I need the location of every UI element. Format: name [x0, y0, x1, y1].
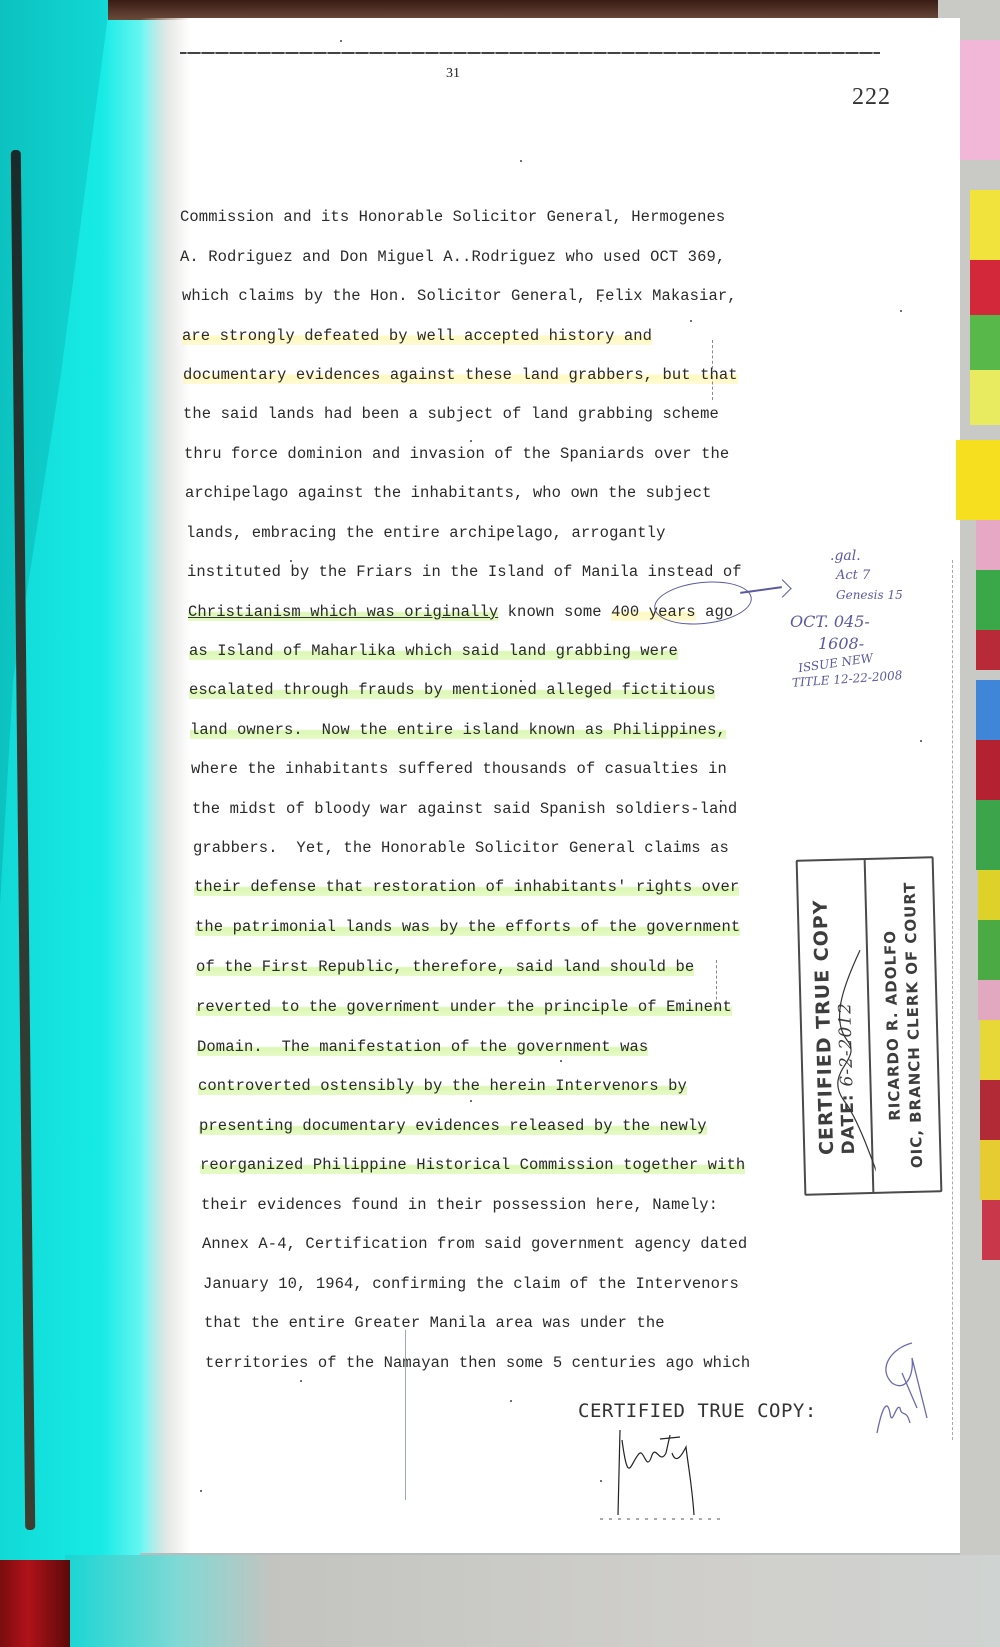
scan-speckle: [470, 440, 472, 442]
scan-artifact-line: [952, 560, 953, 1440]
page-number-large: 222: [852, 84, 891, 111]
index-tab[interactable]: [970, 190, 1000, 260]
margin-note: OCT. 045-: [790, 612, 870, 631]
margin-note: .gal.: [830, 548, 861, 564]
text-span: archipelago against the inhabitants, who…: [185, 484, 711, 502]
scan-top-edge: [108, 0, 938, 20]
index-tab[interactable]: [970, 370, 1000, 425]
scan-artifact-line: [405, 1330, 406, 1500]
body-text-line: Commission and its Honorable Solicitor G…: [180, 208, 725, 226]
body-text-line: where the inhabitants suffered thousands…: [191, 760, 727, 778]
body-text-line: their defense that restoration of inhabi…: [194, 878, 739, 896]
scan-speckle: [290, 560, 292, 562]
scan-speckle: [520, 680, 522, 682]
text-span: known some: [498, 603, 611, 621]
text-span: instituted by the Friars in the Island o…: [187, 563, 742, 581]
text-span: reverted to the government under the pri…: [196, 998, 732, 1016]
scanner-bed-bottom: [65, 1555, 1000, 1647]
text-span: their evidences found in their possessio…: [201, 1196, 718, 1214]
body-text-line: presenting documentary evidences release…: [199, 1117, 707, 1135]
body-text-line: Christianism which was originally known …: [188, 603, 733, 621]
underlined-phrase: Christianism which was originally: [188, 603, 498, 621]
header-rule: [180, 52, 880, 54]
text-span: the patrimonial lands was by the efforts…: [195, 918, 740, 936]
body-text-line: as Island of Maharlika which said land g…: [189, 642, 678, 660]
index-tab[interactable]: [976, 630, 1000, 670]
body-text-line: archipelago against the inhabitants, who…: [185, 484, 711, 502]
text-span: controverted ostensibly by the herein In…: [198, 1077, 687, 1095]
text-span: their defense that restoration of inhabi…: [194, 878, 739, 896]
scan-speckle: [920, 740, 922, 742]
scan-speckle: [600, 1480, 602, 1482]
body-text-line: documentary evidences against these land…: [183, 366, 738, 384]
text-span: territories of the Namayan then some 5 c…: [205, 1354, 750, 1372]
index-tab[interactable]: [978, 920, 1000, 980]
body-text-line: territories of the Namayan then some 5 c…: [205, 1354, 750, 1372]
index-tab[interactable]: [976, 740, 1000, 800]
index-tab[interactable]: [976, 520, 1000, 570]
body-text-line: land owners. Now the entire island known…: [190, 721, 726, 739]
index-tab[interactable]: [956, 440, 1000, 520]
body-text-line: reorganized Philippine Historical Commis…: [200, 1156, 745, 1174]
scan-speckle: [860, 90, 862, 92]
body-text-line: their evidences found in their possessio…: [201, 1196, 718, 1214]
text-span: grabbers. Yet, the Honorable Solicitor G…: [193, 839, 729, 857]
index-tab[interactable]: [976, 800, 1000, 870]
index-tab[interactable]: [978, 980, 1000, 1020]
text-span: escalated through frauds by mentioned al…: [189, 681, 715, 699]
index-tab[interactable]: [970, 315, 1000, 370]
initials-signature: [872, 1338, 932, 1438]
margin-note: Genesis 15: [836, 588, 903, 602]
body-text-line: Annex A-4, Certification from said gover…: [202, 1235, 747, 1253]
body-text-line: escalated through frauds by mentioned al…: [189, 681, 715, 699]
text-span: A. Rodriguez and Don Miguel A..Rodriguez…: [180, 248, 725, 266]
scan-speckle: [300, 1380, 302, 1382]
body-text-line: instituted by the Friars in the Island o…: [187, 563, 742, 581]
body-text-line: controverted ostensibly by the herein In…: [198, 1077, 687, 1095]
body-text-line: January 10, 1964, confirming the claim o…: [203, 1275, 739, 1293]
scan-speckle: [520, 160, 522, 162]
index-tab[interactable]: [980, 1080, 1000, 1140]
scan-speckle: [340, 40, 342, 42]
scan-speckle: [560, 1060, 562, 1062]
index-tabs: [952, 40, 1000, 1490]
text-span: Annex A-4, Certification from said gover…: [202, 1235, 747, 1253]
scan-speckle: [400, 1000, 402, 1002]
text-span: Domain. The manifestation of the governm…: [197, 1038, 648, 1056]
margin-note: Act 7: [836, 568, 870, 583]
body-text-line: are strongly defeated by well accepted h…: [182, 327, 652, 345]
stamp-signature: [810, 930, 877, 1211]
index-tab[interactable]: [980, 1140, 1000, 1200]
scan-artifact-line: [716, 960, 717, 1010]
index-tab[interactable]: [976, 680, 1000, 740]
body-text-line: of the First Republic, therefore, said l…: [196, 958, 694, 976]
body-text-line: Domain. The manifestation of the governm…: [197, 1038, 648, 1056]
scan-speckle: [900, 310, 902, 312]
body-text-line: thru force dominion and invasion of the …: [184, 445, 729, 463]
index-tab[interactable]: [982, 1200, 1000, 1260]
body-text-line: reverted to the government under the pri…: [196, 998, 732, 1016]
scan-speckle: [720, 800, 722, 802]
text-span: are strongly defeated by well accepted h…: [182, 327, 652, 345]
scan-speckle: [690, 320, 692, 322]
index-tab[interactable]: [980, 1020, 1000, 1080]
scan-speckle: [470, 1100, 472, 1102]
index-tab[interactable]: [970, 260, 1000, 315]
stamp-right-panel: RICARDO R. ADOLFO OIC, BRANCH CLERK OF C…: [866, 858, 941, 1192]
text-span: where the inhabitants suffered thousands…: [191, 760, 727, 778]
scan-speckle: [600, 300, 602, 302]
body-text-line: that the entire Greater Manila area was …: [204, 1314, 665, 1332]
body-text-line: lands, embracing the entire archipelago,…: [186, 524, 665, 542]
certification-stamp: CERTIFIED TRUE COPY DATE: 6-2-2012 RICAR…: [796, 856, 943, 1195]
body-text-line: grabbers. Yet, the Honorable Solicitor G…: [193, 839, 729, 857]
text-span: the said lands had been a subject of lan…: [183, 405, 719, 423]
text-span: thru force dominion and invasion of the …: [184, 445, 729, 463]
body-text-line: the midst of bloody war against said Spa…: [192, 800, 737, 818]
body-text-line: the patrimonial lands was by the efforts…: [195, 918, 740, 936]
index-tab[interactable]: [976, 570, 1000, 630]
index-tab[interactable]: [960, 40, 1000, 160]
scan-speckle: [510, 1400, 512, 1402]
binder-cover-edge: [0, 1560, 70, 1647]
margin-note: 1608-: [818, 634, 864, 653]
text-span: of the First Republic, therefore, said l…: [196, 958, 694, 976]
scan-speckle: [200, 1490, 202, 1492]
text-span: lands, embracing the entire archipelago,…: [186, 524, 665, 542]
text-span: documentary evidences against these land…: [183, 366, 738, 384]
text-span: reorganized Philippine Historical Commis…: [200, 1156, 745, 1174]
text-span: Commission and its Honorable Solicitor G…: [180, 208, 725, 226]
text-span: land owners. Now the entire island known…: [190, 721, 726, 739]
text-span: which claims by the Hon. Solicitor Gener…: [182, 287, 737, 305]
page-number-small: 31: [446, 66, 460, 82]
footer-signature: [600, 1425, 720, 1520]
text-span: the midst of bloody war against said Spa…: [192, 800, 737, 818]
text-span: presenting documentary evidences release…: [199, 1117, 707, 1135]
body-text-line: the said lands had been a subject of lan…: [183, 405, 719, 423]
scan-artifact-line: [712, 340, 713, 400]
body-text-line: A. Rodriguez and Don Miguel A..Rodriguez…: [180, 248, 725, 266]
text-span: January 10, 1964, confirming the claim o…: [203, 1275, 739, 1293]
text-span: that the entire Greater Manila area was …: [204, 1314, 665, 1332]
text-span: as Island of Maharlika which said land g…: [189, 642, 678, 660]
body-text-line: which claims by the Hon. Solicitor Gener…: [182, 287, 737, 305]
index-tab[interactable]: [978, 870, 1000, 920]
certified-true-copy-label: CERTIFIED TRUE COPY:: [578, 1400, 817, 1422]
